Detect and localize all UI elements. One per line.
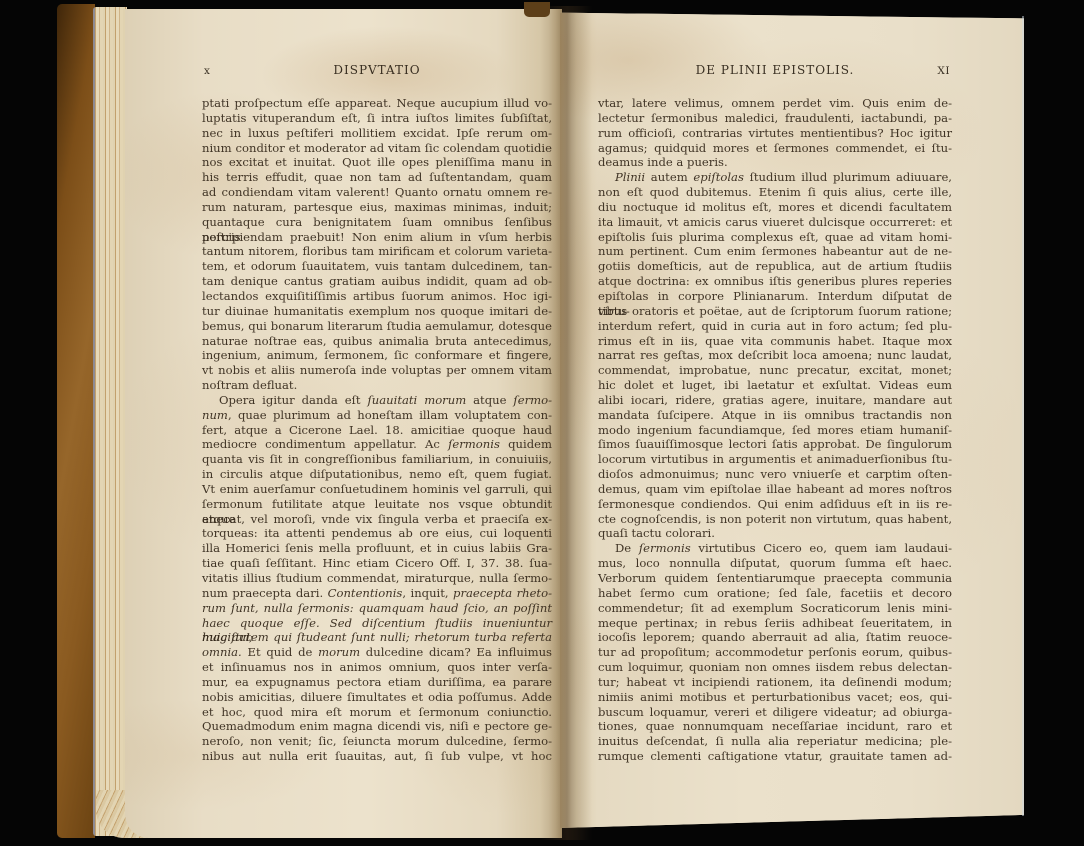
text-line: noſtram defluat. [202, 378, 552, 393]
text-line: atque doctrina: ex omnibus iſtis generib… [598, 274, 952, 289]
text-line: vt nobis et aliis numeroſa inde voluptas… [202, 363, 552, 378]
page-left: x DISPVTATIO ptati proſpectum eſſe appar… [125, 9, 562, 838]
text-line: rimus eſt in iis, quae vita communis hab… [598, 334, 952, 349]
text-line: meque pertinax; in rebus ſeriis adhibeat… [598, 616, 952, 631]
text-line: ita limauit, vt amicis carus viueret dul… [598, 215, 952, 230]
text-line: fert, atque a Cicerone Lael. 18. amiciti… [202, 423, 552, 438]
text-line: tibus oratoris et poëtae, aut de ſcripto… [598, 304, 952, 319]
text-line: num praecepta dari. Contentionis, inquit… [202, 586, 552, 601]
text-line: habet ſermo cum oratione; ſed ſale, face… [598, 586, 952, 601]
text-line: cum loquimur, quoniam non omnes iisdem r… [598, 660, 952, 675]
page-right: DE PLINII EPISTOLIS. XI vtar, latere vel… [560, 11, 1024, 828]
text-line: luptatis vituperandum eſt, ſi intra iuſt… [202, 111, 552, 126]
text-line: nium conditor et moderator ad vitam ſic … [202, 141, 552, 156]
text-line: haec quoque eſſe. Sed diſcentium ſtudiis… [202, 616, 552, 631]
text-line: demus, quam vim epiſtolae illae habeant … [598, 482, 952, 497]
text-line: ſermonum futilitate atque leuitate nos v… [202, 497, 552, 512]
page-edge-stack [93, 7, 127, 836]
text-line: enecat, vel moroſi, vnde vix ſingula ver… [202, 512, 552, 527]
text-line: non eſt quod dubitemus. Etenim ſi quis a… [598, 185, 952, 200]
book-spine-leather [57, 4, 95, 838]
text-line: percipiendam praebuit! Non enim alium in… [202, 230, 552, 245]
text-line: bemus, qui bonarum literarum ſtudia aemu… [202, 319, 552, 334]
text-line: et hoc, quod mira eſt morum et ſermonum … [202, 705, 552, 720]
text-line: nobis amicitias, diluere ſimultates et o… [202, 690, 552, 705]
text-line: tur ad propoſitum; accommodetur perſonis… [598, 645, 952, 660]
text-line: locorum virtutibus in argumentis et anim… [598, 452, 952, 467]
text-line: rum officioſi, contrarias virtutes menti… [598, 126, 952, 141]
running-title-left: DISPVTATIO [202, 63, 552, 77]
text-line: tem, et odorum ſuauitatem, vuis tantam d… [202, 259, 552, 274]
text-line: mur, ea expugnamus pectora etiam duriſſi… [202, 675, 552, 690]
text-line: rum ſunt, nulla ſermonis: quamquam haud … [202, 601, 552, 616]
text-line: modo ingenium facundiamque, ſed mores et… [598, 423, 952, 438]
fore-edge-highlight [1022, 16, 1024, 816]
text-line: illa Homerici ſenis mella profluunt, et … [202, 541, 552, 556]
text-line: nimiis animi motibus et perturbationibus… [598, 690, 952, 705]
text-line: rumque clementi caſtigatione vtatur, gra… [598, 749, 952, 764]
text-line: huic autem qui ſtudeant ſunt nulli; rhet… [202, 630, 552, 645]
text-line: epiſtolas in corpore Plinianarum. Interd… [598, 289, 952, 304]
text-line: iocoſis leporem; quando aberrauit ad ali… [598, 630, 952, 645]
photo-background: x DISPVTATIO ptati proſpectum eſſe appar… [0, 0, 1084, 846]
page-number-left: x [204, 65, 210, 77]
text-line: naturae noſtrae eas, quibus animalia bru… [202, 334, 552, 349]
text-line: ſimos ſuauiſſimosque lectori ſatis appro… [598, 437, 952, 452]
text-line: epiſtolis ſuis plurima complexus eſt, qu… [598, 230, 952, 245]
text-line: nibus aut nulla erit ſuauitas, aut, ſi ſ… [202, 749, 552, 764]
text-line: narrat res geſtas, mox deſcribit loca am… [598, 348, 952, 363]
text-line: mandata ſuſcipere. Atque in iis omnibus … [598, 408, 952, 423]
text-line: tam denique cantus gratiam auibus indidi… [202, 274, 552, 289]
text-line: inuitus deſcendat, ſi nulla alia reperia… [598, 734, 952, 749]
page-number-right: XI [937, 65, 950, 77]
text-line: Quemadmodum enim magna dicendi vis, niſi… [202, 719, 552, 734]
text-line: mus, loco nonnulla diſputat, quorum ſumm… [598, 556, 952, 571]
text-line: De ſermonis virtutibus Cicero eo, quem i… [598, 541, 952, 556]
text-line: nos excitat et inuitat. Quot ille opes p… [202, 155, 552, 170]
text-line: lectandos exquiſitiſſimis artibus ſuorum… [202, 289, 552, 304]
text-line: tiones, quae nonnumquam neceſſariae inci… [598, 719, 952, 734]
page-right-header: DE PLINII EPISTOLIS. XI [598, 63, 952, 79]
text-line: deamus inde a pueris. [598, 155, 952, 170]
text-line: cte cognoſcendis, is non poterit non vir… [598, 512, 952, 527]
text-line: nec in luxus peſtiferi mollitiem excidat… [202, 126, 552, 141]
text-line: interdum refert, quid in curia aut in fo… [598, 319, 952, 334]
text-line: agamus; quidquid mores et ſermones comme… [598, 141, 952, 156]
text-line: ingenium, animum, ſermonem, ſic conforma… [202, 348, 552, 363]
page-left-header: x DISPVTATIO [202, 63, 552, 79]
text-line: tur diuinae humanitatis exemplum nos quo… [202, 304, 552, 319]
text-line: torqueas: ita attenti pendemus ab ore ei… [202, 526, 552, 541]
text-line: gotiis domeſticis, aut de republica, aut… [598, 259, 952, 274]
text-line: hic dolet et luget, ibi laetatur et exſu… [598, 378, 952, 393]
text-line: ptati proſpectum eſſe appareat. Neque au… [202, 96, 552, 111]
book-headband [524, 2, 550, 17]
text-line: his terris effudit, quae non tam ad ſuſt… [202, 170, 552, 185]
text-line: vtar, latere velimus, omnem perdet vim. … [598, 96, 952, 111]
text-line: quanta vis ſit in congreſſionibus famili… [202, 452, 552, 467]
text-line: omnia. Et quid de morum dulcedine dicam?… [202, 645, 552, 660]
text-line: diu noctuque id molitus eſt, mores et di… [598, 200, 952, 215]
text-line: commendetur; ſit ad exemplum Socraticoru… [598, 601, 952, 616]
text-line: quaſi tactu colorari. [598, 526, 952, 541]
text-line: Verborum quidem ſententiarumque praecept… [598, 571, 952, 586]
text-line: vitatis illius ſtudium commendat, miratu… [202, 571, 552, 586]
text-line: buscum loquamur, vereri et diligere vide… [598, 705, 952, 720]
text-line: Opera igitur danda eſt ſuauitati morum a… [202, 393, 552, 408]
running-title-right: DE PLINII EPISTOLIS. [598, 63, 952, 77]
text-line: tantum nitorem, floribus tam mirificam e… [202, 244, 552, 259]
page-text-left: ptati proſpectum eſſe appareat. Neque au… [202, 96, 552, 764]
text-line: tur; habeat vt incipiendi rationem, ita … [598, 675, 952, 690]
text-line: num pertinent. Cum enim ſermones habeant… [598, 244, 952, 259]
text-line: Plinii autem epiſtolas ſtudium illud plu… [598, 170, 952, 185]
text-line: Vt enim auerſamur conſuetudinem hominis … [202, 482, 552, 497]
text-line: lectetur ſermonibus maledici, fraudulent… [598, 111, 952, 126]
text-line: dioſos admonuimus; nunc vero vniuerſe et… [598, 467, 952, 482]
text-line: et inſinuamus nos in animos omnium, quos… [202, 660, 552, 675]
text-line: num, quae plurimum ad honeſtam illam vol… [202, 408, 552, 423]
text-line: commendat, improbatue, nunc precatur, ex… [598, 363, 952, 378]
text-line: rum naturam, partesque eius, maximas min… [202, 200, 552, 215]
text-line: tiae quaſi ſeſſitant. Hinc etiam Cicero … [202, 556, 552, 571]
text-line: neroſo, non venit; ſic, ſeiuncta morum d… [202, 734, 552, 749]
text-line: mediocre condimentum appellatur. Ac ſerm… [202, 437, 552, 452]
text-line: ad condiendam vitam valerent! Quanto orn… [202, 185, 552, 200]
text-line: quantaque cura benignitatem ſuam omnibus… [202, 215, 552, 230]
page-text-right: vtar, latere velimus, omnem perdet vim. … [598, 96, 952, 764]
text-line: in circulis atque diſputationibus, nemo … [202, 467, 552, 482]
text-line: ſermonesque condiendos. Qui enim adſiduu… [598, 497, 952, 512]
text-line: alibi iocari, ridere, gratias agere, inu… [598, 393, 952, 408]
